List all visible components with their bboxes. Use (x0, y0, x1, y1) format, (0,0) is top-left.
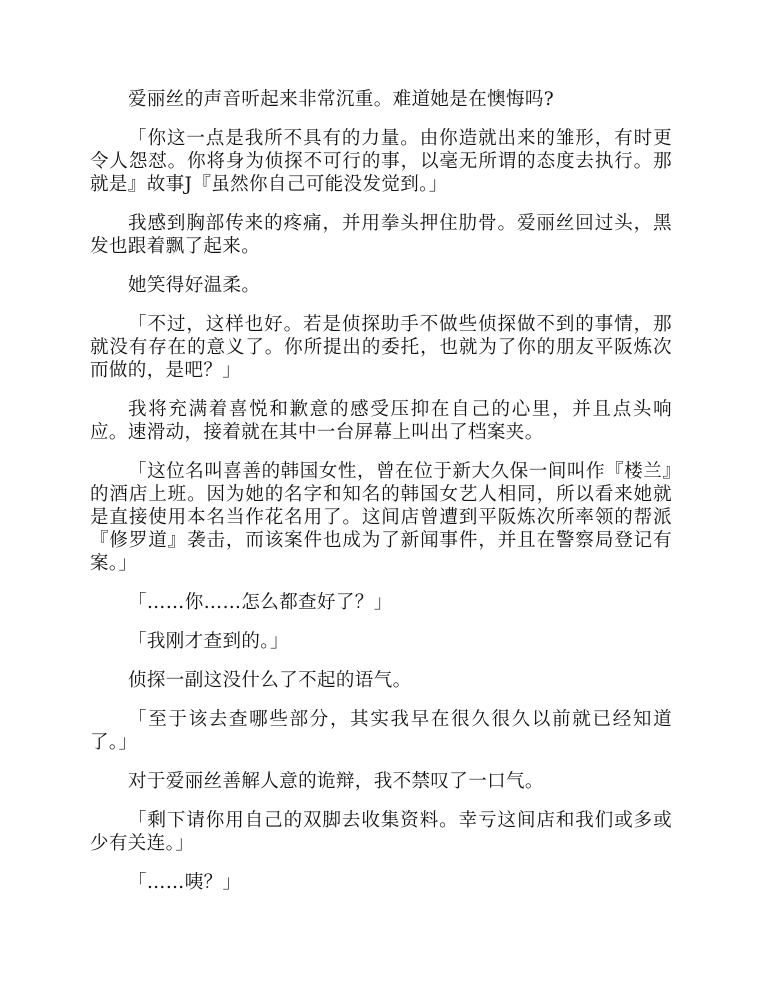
paragraph-10: 侦探一副这没什么了不起的语气。 (90, 669, 672, 692)
paragraph-6: 我将充满着喜悦和歉意的感受压抑在自己的心里，并且点头响应。速滑动，接着就在其中一… (90, 398, 672, 444)
paragraph-13: 「剩下请你用自己的双脚去收集资料。幸亏这间店和我们或多或少有关连。」 (90, 809, 672, 855)
paragraph-5: 「不过，这样也好。若是侦探助手不做些侦探做不到的事情，那就没有存在的意义了。你所… (90, 313, 672, 382)
paragraph-9: 「我刚才查到的。」 (90, 630, 672, 653)
paragraph-3: 我感到胸部传来的疼痛，并用拳头押住肋骨。爱丽丝回过头，黑发也跟着飘了起来。 (90, 212, 672, 258)
paragraph-11: 「至于该去查哪些部分，其实我早在很久很久以前就已经知道了。」 (90, 708, 672, 754)
paragraph-7: 「这位名叫喜善的韩国女性，曾在位于新大久保一间叫作『楼兰』的酒店上班。因为她的名… (90, 460, 672, 575)
paragraph-1: 爱丽丝的声音听起来非常沉重。难道她是在懊悔吗? (90, 88, 672, 111)
paragraph-12: 对于爱丽丝善解人意的诡辩，我不禁叹了一口气。 (90, 770, 672, 793)
paragraph-8: 「……你……怎么都查好了？」 (90, 591, 672, 614)
paragraph-4: 她笑得好温柔。 (90, 274, 672, 297)
paragraph-14: 「……咦？」 (90, 871, 672, 894)
paragraph-2: 「你这一点是我所不具有的力量。由你造就出来的雏形，有时更令人怨怼。你将身为侦探不… (90, 127, 672, 196)
document-page: 爱丽丝的声音听起来非常沉重。难道她是在懊悔吗? 「你这一点是我所不具有的力量。由… (90, 88, 672, 910)
